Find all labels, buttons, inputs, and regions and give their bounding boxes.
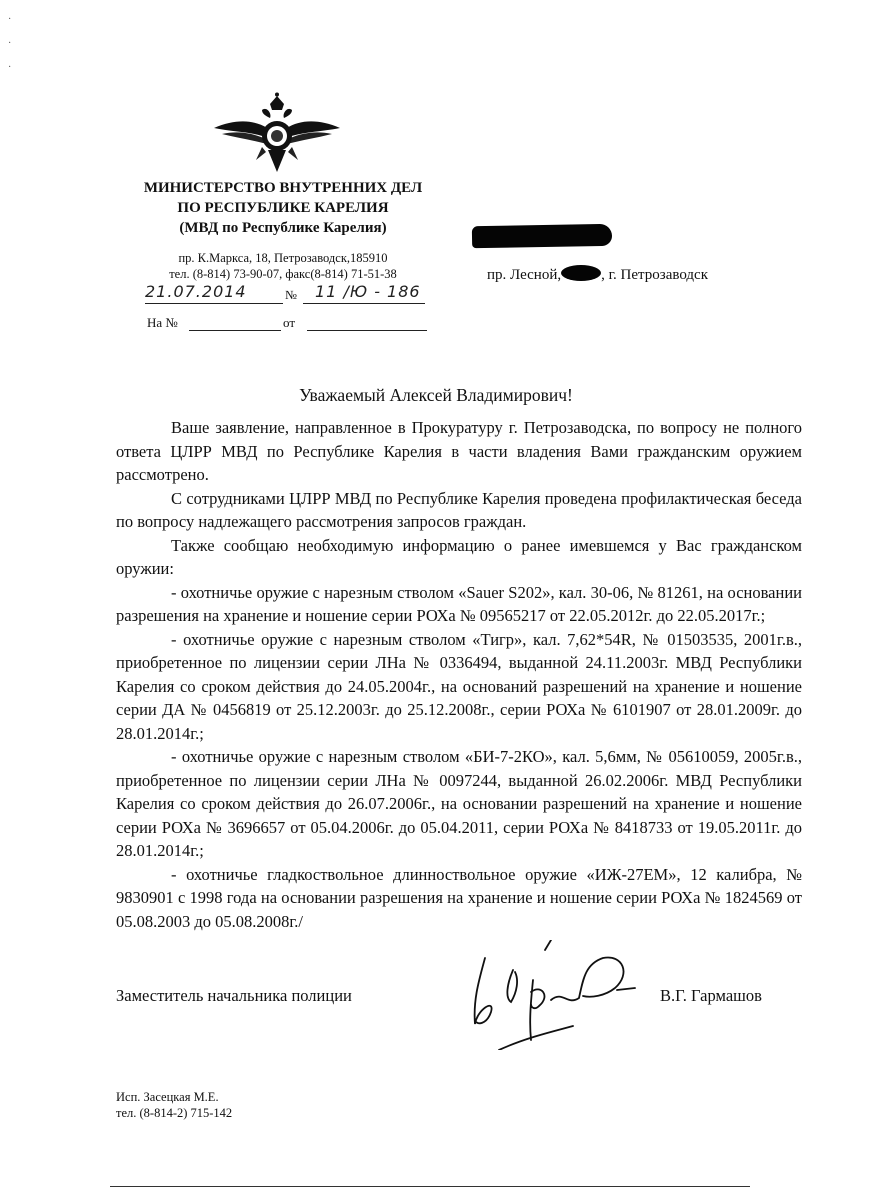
paragraph: С сотрудниками ЦЛРР МВД по Республике Ка… [116, 487, 802, 534]
ref-number-blank [189, 330, 281, 331]
double-headed-eagle-emblem-icon [212, 92, 342, 172]
organization-name: МИНИСТЕРСТВО ВНУТРЕННИХ ДЕЛ ПО РЕСПУБЛИК… [118, 178, 448, 238]
org-address: пр. К.Маркса, 18, Петрозаводск,185910 [118, 250, 448, 266]
ref-number-label: На № [147, 315, 178, 331]
registration-line: 21.07.2014 № 11 /Ю - 186 [145, 282, 425, 304]
signatory-position: Заместитель начальника полиции [116, 986, 352, 1006]
org-line-1: МИНИСТЕРСТВО ВНУТРЕННИХ ДЕЛ [118, 178, 448, 198]
weapon-item: - охотничье гладкоствольное длинностволь… [116, 863, 802, 934]
signatory-name: В.Г. Гармашов [660, 986, 762, 1006]
salutation: Уважаемый Алексей Владимирович! [0, 385, 872, 406]
ref-date-blank [307, 330, 427, 331]
letter-body: Ваше заявление, направленное в Прокурату… [116, 416, 802, 933]
handwritten-signature-icon [455, 940, 645, 1050]
executor-name: Исп. Засецкая М.Е. [116, 1089, 232, 1105]
weapon-item: - охотничье оружие с нарезным стволом «Б… [116, 745, 802, 863]
weapon-item: - охотничье оружие с нарезным стволом «Т… [116, 628, 802, 746]
recipient-street: пр. Лесной, [487, 267, 561, 283]
organization-contacts: пр. К.Маркса, 18, Петрозаводск,185910 те… [118, 250, 448, 282]
org-line-2: ПО РЕСПУБЛИКЕ КАРЕЛИЯ [118, 198, 448, 218]
date-underline [145, 303, 283, 304]
redacted-house-number [561, 265, 601, 281]
handwritten-date: 21.07.2014 [145, 282, 247, 301]
org-line-3: (МВД по Республике Карелия) [118, 218, 448, 238]
scan-specks: ··· [8, 8, 11, 80]
paragraph: Также сообщаю необходимую информацию о р… [116, 534, 802, 581]
ref-from-label: от [283, 315, 295, 331]
org-phones: тел. (8-814) 73-90-07, факс(8-814) 71-51… [118, 266, 448, 282]
redacted-recipient-name [472, 224, 612, 248]
reference-line: На № от [147, 315, 427, 333]
number-sign: № [285, 288, 297, 303]
executor-phone: тел. (8-814-2) 715-142 [116, 1105, 232, 1121]
handwritten-reg-number: 11 /Ю - 186 [315, 282, 421, 301]
number-underline [303, 303, 425, 304]
recipient-city: , г. Петрозаводск [601, 267, 708, 283]
recipient-address: пр. Лесной,, г. Петрозаводск [487, 265, 708, 284]
weapon-item: - охотничье оружие с нарезным стволом «S… [116, 581, 802, 628]
footer-divider [110, 1186, 750, 1187]
executor-info: Исп. Засецкая М.Е. тел. (8-814-2) 715-14… [116, 1089, 232, 1121]
paragraph: Ваше заявление, направленное в Прокурату… [116, 416, 802, 487]
